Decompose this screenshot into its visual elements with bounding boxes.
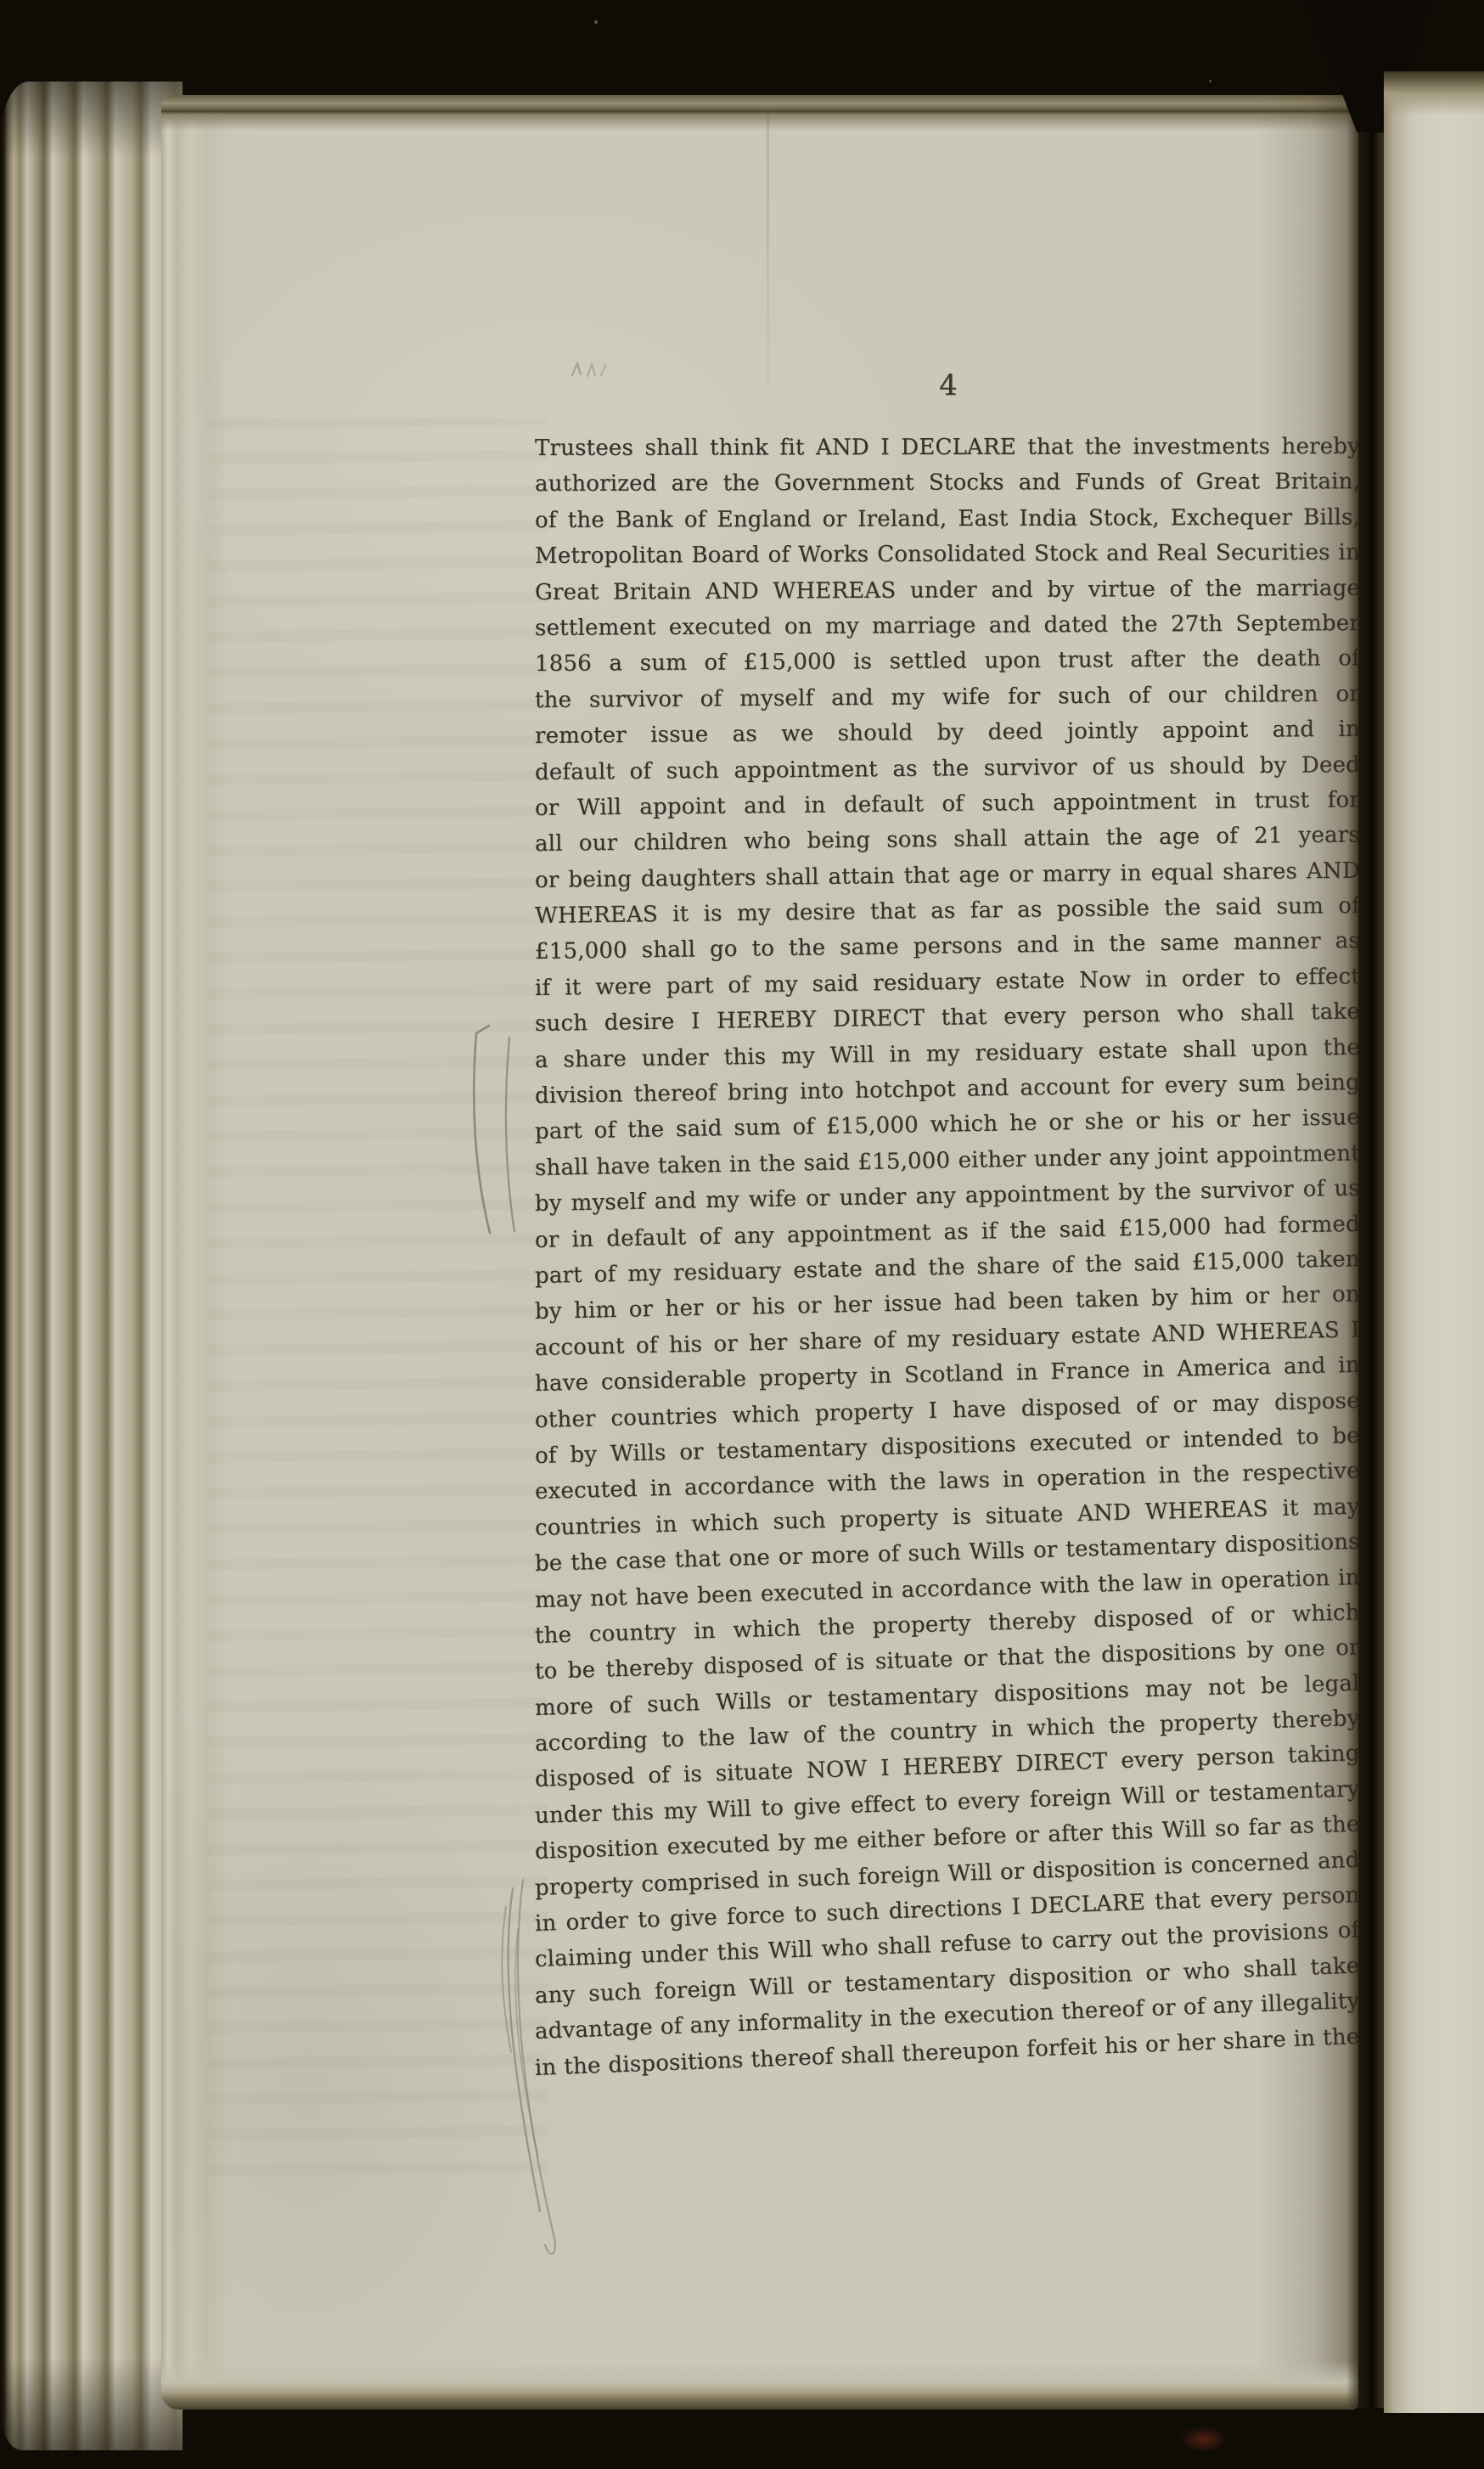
text-line: of the Bank of England or Ireland, East … <box>535 499 1360 538</box>
binding-blemish <box>1180 2427 1228 2452</box>
dust-speck <box>1209 80 1211 82</box>
page-number: 4 <box>902 368 995 402</box>
page: 4 Trustees shall think fit AND I DECLARE… <box>161 95 1358 2410</box>
left-page-edges <box>0 82 183 2450</box>
paper-crease <box>767 109 769 448</box>
pencil-scribble <box>494 1878 604 2260</box>
gutter-shadow-on-page <box>1256 95 1358 2410</box>
text-line: authorized are the Government Stocks and… <box>535 464 1360 503</box>
book-scan-photo: 4 Trustees shall think fit AND I DECLARE… <box>0 0 1484 2469</box>
text-line: 1856 a sum of £15,000 is settled upon tr… <box>535 641 1360 683</box>
text-line: Great Britain AND WHEREAS under and by v… <box>535 570 1360 610</box>
book-gutter <box>1346 92 1389 2408</box>
faint-pencil-mark <box>567 358 613 382</box>
dust-speck <box>594 20 598 24</box>
margin-pencil-marks <box>464 1017 531 1243</box>
text-block: Trustees shall think fit AND I DECLARE t… <box>535 430 1360 2086</box>
facing-page-edge <box>1384 71 1484 2413</box>
text-line: Metropolitan Board of Works Consolidated… <box>535 535 1360 575</box>
text-line: settlement executed on my marriage and d… <box>535 605 1360 646</box>
text-line: Trustees shall think fit AND I DECLARE t… <box>535 429 1360 466</box>
